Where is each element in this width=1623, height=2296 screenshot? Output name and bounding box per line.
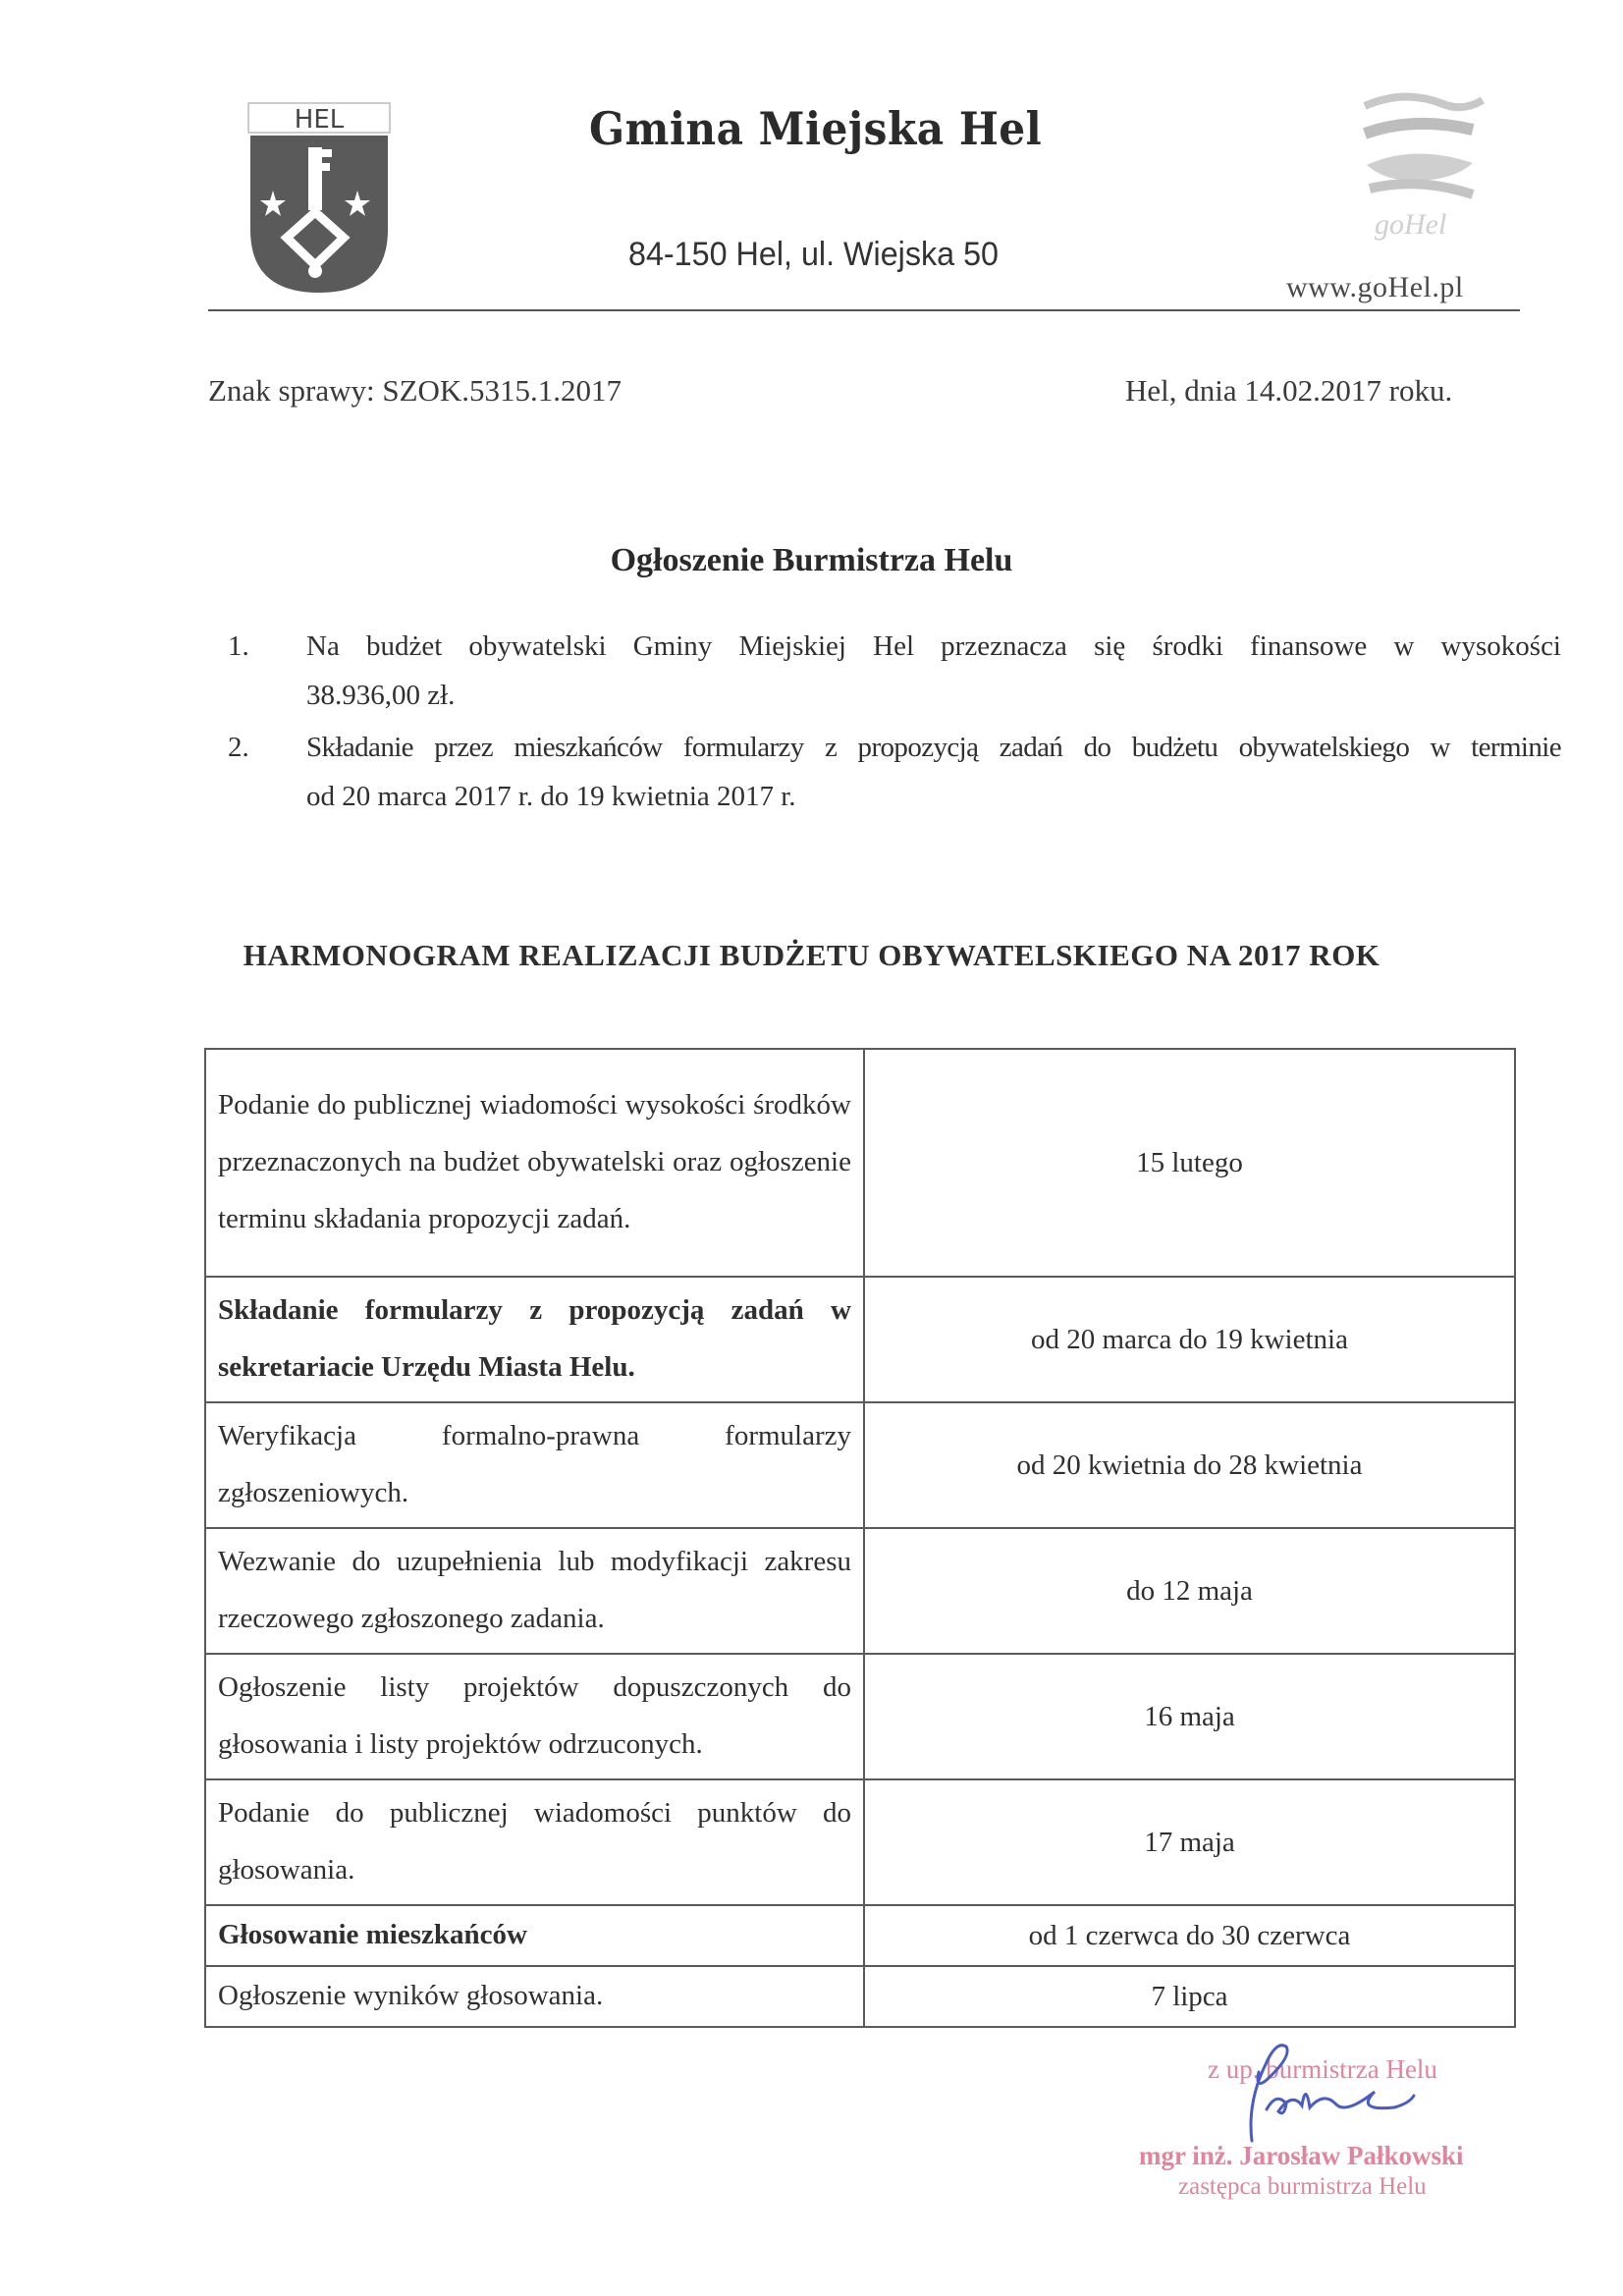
svg-text:goHel: goHel xyxy=(1375,208,1446,241)
item-number: 1. xyxy=(228,622,249,671)
case-reference: Znak sprawy: SZOK.5315.1.2017 xyxy=(208,373,622,409)
table-row: Podanie do publicznej wiadomości punktów… xyxy=(205,1779,1515,1905)
header-divider xyxy=(208,309,1520,311)
date-cell: od 20 kwietnia do 28 kwietnia xyxy=(864,1402,1515,1528)
step-cell: Ogłoszenie wyników głosowania. xyxy=(205,1966,864,2027)
item-text-line: od 20 marca 2017 r. do 19 kwietnia 2017 … xyxy=(306,772,1561,821)
date-cell: 7 lipca xyxy=(864,1966,1515,2027)
step-cell: Ogłoszenie listy projektów dopuszczonych… xyxy=(205,1654,864,1779)
date-cell: do 12 maja xyxy=(864,1528,1515,1654)
document-date: Hel, dnia 14.02.2017 roku. xyxy=(1125,373,1452,409)
step-cell: Podanie do publicznej wiadomości punktów… xyxy=(205,1779,864,1905)
date-cell: 15 lutego xyxy=(864,1049,1515,1277)
step-cell: Wezwanie do uzupełnienia lub modyfikacji… xyxy=(205,1528,864,1654)
announcement-item: 1. Na budżet obywatelski Gminy Miejskiej… xyxy=(228,622,1563,720)
table-row: Ogłoszenie wyników głosowania. 7 lipca xyxy=(205,1966,1515,2027)
handwritten-signature-icon xyxy=(1208,2033,1502,2151)
municipality-address: 84-150 Hel, ul. Wiejska 50 xyxy=(628,236,999,274)
schedule-table: Podanie do publicznej wiadomości wysokoś… xyxy=(204,1048,1516,2028)
item-text-line: Na budżet obywatelski Gminy Miejskiej He… xyxy=(306,622,1561,671)
date-cell: od 20 marca do 19 kwietnia xyxy=(864,1277,1515,1402)
item-text-line: 38.936,00 zł. xyxy=(306,671,1561,720)
step-cell: Podanie do publicznej wiadomości wysokoś… xyxy=(205,1049,864,1277)
table-row: Składanie formularzy z propozycją zadań … xyxy=(205,1277,1515,1402)
fish-waves-logo-icon: goHel xyxy=(1345,86,1492,244)
table-row: Weryfikacja formalno-prawna formularzy z… xyxy=(205,1402,1515,1528)
table-row: Podanie do publicznej wiadomości wysokoś… xyxy=(205,1049,1515,1277)
svg-text:HEL: HEL xyxy=(295,105,345,135)
table-row: Wezwanie do uzupełnienia lub modyfikacji… xyxy=(205,1528,1515,1654)
item-number: 2. xyxy=(228,723,249,772)
item-text-line: Składanie przez mieszkańców formularzy z… xyxy=(306,723,1561,772)
date-cell: 16 maja xyxy=(864,1654,1515,1779)
schedule-title: HARMONOGRAM REALIZACJI BUDŻETU OBYWATELS… xyxy=(0,938,1623,973)
website-link[interactable]: www.goHel.pl xyxy=(1286,271,1464,304)
date-cell: 17 maja xyxy=(864,1779,1515,1905)
date-cell: od 1 czerwca do 30 czerwca xyxy=(864,1905,1515,1966)
table-row: Głosowanie mieszkańców od 1 czerwca do 3… xyxy=(205,1905,1515,1966)
step-cell: Głosowanie mieszkańców xyxy=(205,1905,864,1966)
municipality-title: Gmina Miejska Hel xyxy=(589,102,1042,155)
step-cell: Składanie formularzy z propozycją zadań … xyxy=(205,1277,864,1402)
coat-of-arms-icon: HEL xyxy=(247,102,391,295)
announcement-item: 2. Składanie przez mieszkańców formularz… xyxy=(228,723,1563,821)
announcement-title: Ogłoszenie Burmistrza Helu xyxy=(0,542,1623,579)
step-cell: Weryfikacja formalno-prawna formularzy z… xyxy=(205,1402,864,1528)
table-row: Ogłoszenie listy projektów dopuszczonych… xyxy=(205,1654,1515,1779)
stamp-position: zastępca burmistrza Helu xyxy=(1178,2173,1427,2201)
